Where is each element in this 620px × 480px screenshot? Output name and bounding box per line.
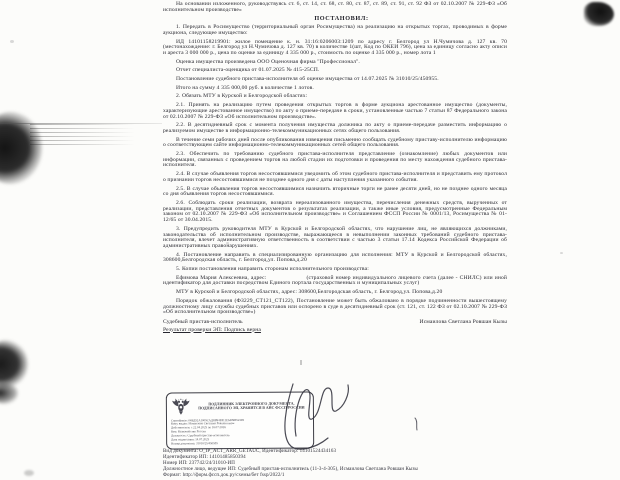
- paragraph: Ефимова Мария Алексеевна, адрес: (страхо…: [163, 276, 507, 287]
- bailiff-name: Исмаилова Светлана Ровшан Кызы: [420, 320, 507, 326]
- footer: Вид документа: O_IP_ACT_ARR_GETAUC, Иден…: [163, 449, 613, 479]
- resolution-heading: ПОСТАНОВИЛ:: [163, 16, 507, 22]
- ink-streaks: [30, 124, 135, 146]
- scanned-document-page: На основании изложенного, руководствуясь…: [0, 0, 620, 480]
- paragraph: 4. Постановление направить в специализир…: [163, 253, 507, 264]
- ink-smudge: [0, 340, 28, 388]
- signature-row: Судебный пристав-исполнитель Исмаилова С…: [163, 320, 507, 326]
- paragraph: Итого на сумму 4 335 000,00 руб. в колич…: [163, 86, 507, 92]
- paragraph: 3. Предупредить руководителя МТУ в Курск…: [163, 227, 507, 250]
- handwritten-signature: [276, 378, 394, 452]
- document-body: На основании изложенного, руководствуясь…: [163, 2, 507, 333]
- paragraph: 2.5. В случае объявления торгов несостоя…: [163, 187, 507, 198]
- paragraph: 2.2. В десятидневный срок с момента полу…: [163, 123, 507, 134]
- pen-tick-mark: [412, 416, 422, 432]
- paragraph: Отчет специалиста-оценщика от 01.07.2025…: [163, 68, 507, 74]
- paragraph: ИД 14101158219901: жилое помещение к. н.…: [163, 40, 507, 57]
- stray-mark: [299, 359, 303, 366]
- footer-line: Формат: http://форм.фссп.док.ру/схемы/бе…: [163, 473, 613, 479]
- ink-smudge: [0, 382, 18, 404]
- paragraph: 2.3. Обеспечить по требованию судебного …: [163, 152, 507, 169]
- paragraph: 2.1. Принять на реализацию путем проведе…: [163, 103, 507, 120]
- ink-smudge: [584, 2, 614, 26]
- scan-speck: [24, 470, 34, 476]
- intro-line: На основании изложенного, руководствуясь…: [163, 2, 507, 13]
- paragraph-list: 1. Передать в Росимущество (территориаль…: [163, 25, 507, 316]
- paragraph: Постановление судебного пристава-исполни…: [163, 77, 507, 83]
- paragraph: МТУ в Курской и Белгородской областях, а…: [163, 290, 507, 296]
- paragraph: В течение семи рабочих дней после опубли…: [163, 138, 507, 149]
- fold-line: [0, 123, 162, 124]
- paragraph: 2.4. В случае объявления торгов несостоя…: [163, 172, 507, 183]
- scan-speck: [560, 252, 563, 254]
- paragraph: Оценка имущества произведена ООО Оценочн…: [163, 60, 507, 66]
- coat-of-arms-icon: [171, 396, 191, 416]
- scan-speck: [10, 40, 14, 43]
- paragraph: 5. Копии постановления направить сторона…: [163, 267, 507, 273]
- paragraph: 2. Обязать МТУ в Курской и Белгородской …: [163, 94, 507, 100]
- signature-verification: Результат проверки ЭП: Подпись верна: [163, 328, 261, 334]
- paragraph: 2.6. Соблюдать сроки реализации, возврат…: [163, 201, 507, 224]
- paragraph: 1. Передать в Росимущество (территориаль…: [163, 25, 507, 36]
- bailiff-role: Судебный пристав-исполнитель: [163, 320, 243, 326]
- paragraph: Порядок обжалования (ФЗ229_СТ121_СТ122),…: [163, 299, 507, 316]
